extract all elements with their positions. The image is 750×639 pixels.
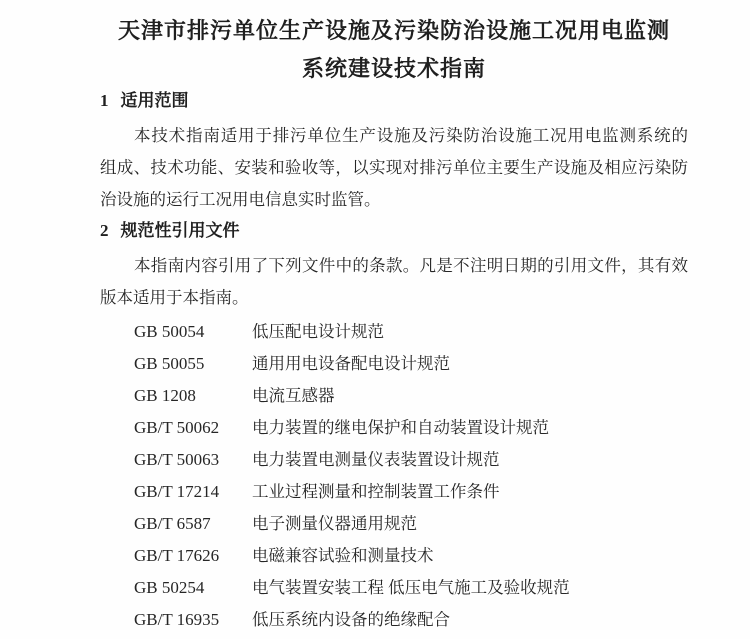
section-2-number: 2 bbox=[100, 218, 109, 244]
reference-title: 低压系统内设备的绝缘配合 bbox=[252, 604, 450, 636]
reference-title: 电气装置安装工程 低压电气施工及验收规范 bbox=[252, 572, 570, 604]
document-page: 天津市排污单位生产设施及污染防治设施工况用电监测 系统建设技术指南 1适用范围 … bbox=[0, 0, 750, 639]
section-2-heading-label: 规范性引用文件 bbox=[121, 221, 240, 240]
reference-title: 电流互感器 bbox=[252, 380, 335, 412]
paragraph-line: 版本适用于本指南。 bbox=[100, 282, 688, 314]
reference-title: 通用用电设备配电设计规范 bbox=[252, 348, 450, 380]
reference-title: 电子测量仪器通用规范 bbox=[252, 508, 417, 540]
document-title-line2: 系统建设技术指南 bbox=[100, 50, 688, 88]
paragraph-line: 本技术指南适用于排污单位生产设施及污染防治设施工况用电监测系统的 bbox=[100, 120, 688, 152]
reference-row: GB/T 50063电力装置电测量仪表装置设计规范 bbox=[100, 444, 688, 476]
reference-row: GB/T 6587电子测量仪器通用规范 bbox=[100, 508, 688, 540]
reference-title: 工业过程测量和控制装置工作条件 bbox=[252, 476, 500, 508]
reference-row: GB/T 50062电力装置的继电保护和自动装置设计规范 bbox=[100, 412, 688, 444]
reference-row: GB 50254电气装置安装工程 低压电气施工及验收规范 bbox=[100, 572, 688, 604]
document-title-line1: 天津市排污单位生产设施及污染防治设施工况用电监测 bbox=[100, 12, 688, 50]
reference-row: GB/T 16935低压系统内设备的绝缘配合 bbox=[100, 604, 688, 636]
reference-title: 电磁兼容试验和测量技术 bbox=[252, 540, 434, 572]
reference-title: 电力装置电测量仪表装置设计规范 bbox=[252, 444, 500, 476]
reference-title: 电力装置的继电保护和自动装置设计规范 bbox=[252, 412, 549, 444]
reference-code: GB/T 50063 bbox=[134, 444, 252, 476]
reference-code: GB 50054 bbox=[134, 316, 252, 348]
reference-code: GB/T 50062 bbox=[134, 412, 252, 444]
reference-code: GB/T 6587 bbox=[134, 508, 252, 540]
section-2-paragraph: 本指南内容引用了下列文件中的条款。凡是不注明日期的引用文件，其有效 版本适用于本… bbox=[100, 250, 688, 314]
reference-row: GB 50054低压配电设计规范 bbox=[100, 316, 688, 348]
reference-code: GB 50055 bbox=[134, 348, 252, 380]
paragraph-line: 治设施的运行工况用电信息实时监管。 bbox=[100, 184, 688, 216]
section-1-paragraph: 本技术指南适用于排污单位生产设施及污染防治设施工况用电监测系统的 组成、技术功能… bbox=[100, 120, 688, 216]
reference-row: GB/T 17214工业过程测量和控制装置工作条件 bbox=[100, 476, 688, 508]
section-1-heading-label: 适用范围 bbox=[121, 91, 189, 110]
section-1-heading: 1适用范围 bbox=[100, 88, 688, 114]
document-title: 天津市排污单位生产设施及污染防治设施工况用电监测 系统建设技术指南 bbox=[100, 12, 688, 88]
reference-list: GB 50054低压配电设计规范 GB 50055通用用电设备配电设计规范 GB… bbox=[100, 316, 688, 636]
section-1-number: 1 bbox=[100, 88, 109, 114]
reference-row: GB 1208电流互感器 bbox=[100, 380, 688, 412]
reference-row: GB/T 17626电磁兼容试验和测量技术 bbox=[100, 540, 688, 572]
section-2-heading: 2规范性引用文件 bbox=[100, 218, 688, 244]
paragraph-line: 组成、技术功能、安装和验收等，以实现对排污单位主要生产设施及相应污染防 bbox=[100, 152, 688, 184]
reference-title: 低压配电设计规范 bbox=[252, 316, 384, 348]
paragraph-line: 本指南内容引用了下列文件中的条款。凡是不注明日期的引用文件，其有效 bbox=[100, 250, 688, 282]
reference-code: GB/T 17626 bbox=[134, 540, 252, 572]
reference-code: GB/T 16935 bbox=[134, 604, 252, 636]
reference-code: GB 1208 bbox=[134, 380, 252, 412]
reference-row: GB 50055通用用电设备配电设计规范 bbox=[100, 348, 688, 380]
reference-code: GB/T 17214 bbox=[134, 476, 252, 508]
reference-code: GB 50254 bbox=[134, 572, 252, 604]
